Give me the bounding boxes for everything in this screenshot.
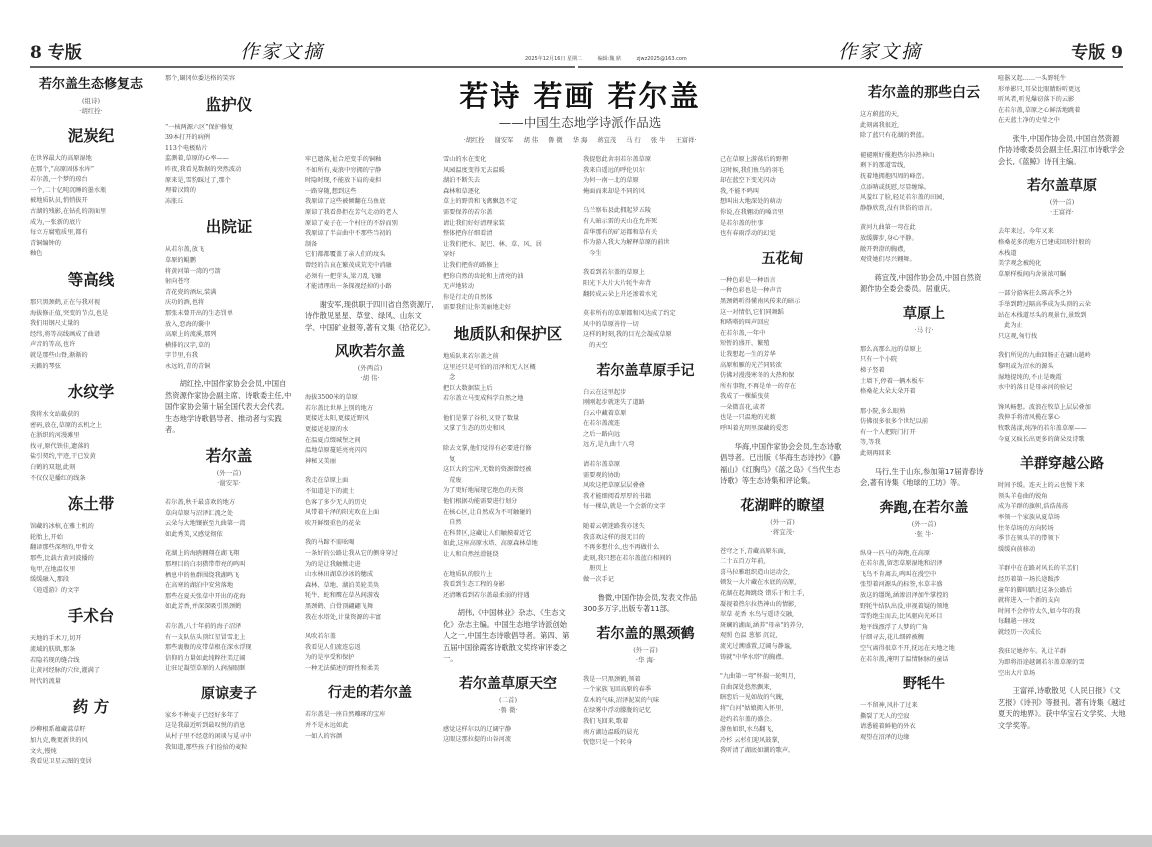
poem-author: ·华 海· bbox=[583, 655, 708, 665]
author-bio: 谢安军,现供职于四川省自然资源厅,诗作散见星星、草堂、绿风、山东文学、中国矿业报… bbox=[305, 299, 435, 334]
poem-body: 乌兰察布县此拥起罗五陵有人暗示雷的天山在允许死苗华那有的矿运都和草有关作为游人我… bbox=[583, 206, 708, 259]
column-6: 己在草原上游荡后的野狸这时候,我们鱼鸟的羽毛却在蓝空下变光闪动我,不能不鸣叫想叫… bbox=[720, 155, 845, 757]
poem-author: ·胡 伟· bbox=[305, 373, 435, 383]
poem-line: "九曲第一弯"怀揣一轮明月, bbox=[720, 672, 845, 683]
poem-line: 把巨大数据装上后 bbox=[443, 384, 573, 395]
poem-line: 永远的,青的青铜 bbox=[165, 362, 293, 373]
poem-line: 天地的手术刀,切开 bbox=[30, 634, 152, 645]
poem-title: 花湖畔的瞭望 bbox=[720, 497, 845, 515]
poem-line: 我驻足她停车。礼让羊群 bbox=[998, 647, 1126, 658]
poem-line: 监测着,草原的心率—— bbox=[165, 154, 293, 165]
poem-line: 在核心区,让自然成为不可触碰的 bbox=[443, 508, 573, 519]
poem-line: 家乡不种麦子已经好多年了 bbox=[165, 711, 293, 722]
poem-line: 翻译那些深埋的,甲骨文 bbox=[30, 543, 152, 554]
poem-line: 草原的鲲鹏 bbox=[165, 256, 293, 267]
poem-line: 撕裂了无人的空寂 bbox=[860, 712, 988, 723]
author-name: 张 牛 bbox=[651, 137, 666, 144]
poem-line: 放缓脚步,身心平静。 bbox=[860, 234, 988, 245]
author-name: 马 行 bbox=[626, 137, 641, 144]
poem-line: 一个,二十亿吨沉睡的墨水瓶 bbox=[30, 186, 152, 197]
poem-line: 不如所有,麦浪中穷拥的宁静 bbox=[305, 166, 435, 177]
poem-line: 经历着第一场长途跋涉 bbox=[998, 575, 1126, 586]
poem-line: 栖息中的鱼群围绕我湖鸣飞 bbox=[165, 571, 293, 582]
poem-line: 在天蓝土净的史莹之中 bbox=[998, 116, 1126, 127]
poem-line: 时间不会停待太久,如今年的我 bbox=[998, 607, 1126, 618]
poem-line: 我听清了湖底如潮的歌声。 bbox=[720, 746, 845, 757]
poem-line: 剩下的那道雪线, bbox=[860, 161, 988, 172]
poem-line: 就经历一次成长 bbox=[998, 628, 1126, 639]
poem-line: 每一棵草,就是一个会新的文字 bbox=[583, 502, 708, 513]
poem-line: 需要我们让你美丽地走好 bbox=[443, 303, 573, 314]
poem-line: 随着云朝迷路我亦迷失 bbox=[583, 522, 708, 533]
poem-line: 青铜编钟的 bbox=[30, 239, 152, 250]
poem-line: 此刻离我很近, bbox=[860, 121, 988, 132]
poem-line: 这方蔚蓝的天, bbox=[860, 110, 988, 121]
poem-line: 我看到生态工程的身影 bbox=[443, 580, 573, 591]
poem-line: 有一个人把院门打开 bbox=[860, 428, 988, 439]
poem-line: 一不留神,风扑了过来 bbox=[860, 701, 988, 712]
poem-line: 翠草 花香 水鸟与遥诗交融, bbox=[720, 610, 845, 621]
section-body: 那只黑颈鹤,正在与我对视海拔修正值,突变的节点,也是我们用钢尺丈量的经纬,将等高… bbox=[30, 298, 152, 372]
poem-line: 点添呐或抚慰,尽显缠绵。 bbox=[860, 183, 988, 194]
poem-line: 只有一个小院 bbox=[860, 355, 988, 366]
feature-authors: ·胡红拴 谢安军 胡 伟 鲁 微 华 海 蒋宜茂 马 行 张 牛 王富祥· bbox=[420, 135, 740, 144]
poem-body: 苍穹之下,青藏高原东面,二十五百万年前,喜马拉雅组织造山运动会,顿发一大片藏在水… bbox=[720, 547, 845, 664]
poem-line: 己在草原上游荡后的野狸 bbox=[720, 155, 845, 166]
poem-line: 我看见人们流连忘返 bbox=[305, 643, 435, 654]
poem-stanza: 馋风畅想。波浪在牧草上层层叠加我伸手将清风揽在掌心牧歌荡漾,纯净的若尔盖草原——… bbox=[998, 403, 1126, 445]
poem-line: 信仰的力量如此纯粹往美辽阔 bbox=[165, 654, 293, 665]
poem-line: 你说,在我翱动的嗓音里 bbox=[720, 208, 845, 219]
poem-line: 水中的落日是母亲河的验记 bbox=[998, 383, 1126, 394]
section-title: 监护仪 bbox=[165, 95, 293, 115]
poem-body: 若尔盖,八十年前的海子沼泽有一支队伍头顶红星冒雪北上那些裹腹的皮带草根在深水浮现… bbox=[165, 622, 293, 675]
poem-line: 青花瓷的酒坛,装满 bbox=[165, 288, 293, 299]
poem-line: 季节在领头羊的带领下 bbox=[998, 534, 1126, 545]
poem-line: 抚着地拥抱四周的峰峦。 bbox=[860, 172, 988, 183]
poem-body: 白云在这里起步刚刚起步就迷失了道路白云中藏着草原在若尔盖流连之后一路向远远方,是… bbox=[583, 388, 708, 452]
poem-line: 站在木栈道尽头的观景台,景致到 bbox=[998, 311, 1126, 322]
poem-body: "九曲第一弯"怀揣一轮明月,自曲深处悠然飘来,瞎恋后一见如故的气魄,将"白河"姑… bbox=[720, 672, 845, 757]
newspaper-logo-right: 作家文摘 bbox=[838, 37, 922, 64]
section-title: 等高线 bbox=[30, 270, 152, 290]
poem-line: 吹开鲜缀重色的花朵 bbox=[305, 519, 435, 530]
column-1: 若尔盖生态修复志 (组诗) ·胡红拴· 泥炭纪在世界最大的高原湿地在那个,“高原… bbox=[30, 72, 152, 768]
poem-line: 若尔盖立马变成科学自然之地 bbox=[443, 394, 573, 405]
poem-line: 在浙织的河漫滩里 bbox=[30, 431, 152, 442]
poem-line: 草木的气味,沼泽泥炭的气味 bbox=[583, 696, 708, 707]
poem-line: 文火,慢炖 bbox=[30, 747, 152, 758]
poem-line: 牦牛、蛇和鹰在草丛间游戏 bbox=[305, 591, 435, 602]
poem-line: 想叫出大地深处的萌动 bbox=[720, 197, 845, 208]
poem-line: 原谅了麦子在一个村庄的不辞而别 bbox=[305, 219, 435, 230]
poem-line: 森林和草逐化 bbox=[443, 187, 573, 198]
poem-line: 请若尔盖草原 bbox=[583, 460, 708, 471]
poem-line: 铸就"中华水塔"的胸襟。 bbox=[720, 653, 845, 664]
poem-line: 这里还只是可怕的沼泽和无人区概 bbox=[443, 363, 573, 374]
poem-body: 若尔盖是一座自然雕琢的宝库并不是永远如此一如人的容颜 bbox=[305, 710, 435, 742]
poem-line: 流光过溯盛置,辽阔与静谧, bbox=[720, 642, 845, 653]
poem-line: 如此秀美,又感觉彻依 bbox=[165, 530, 293, 541]
poem-line: 那么高那么远的草原上 bbox=[860, 345, 988, 356]
poem-line: 如此,这座高原水塔、高原森林草地 bbox=[443, 539, 573, 550]
poem-line: 在科普区,这藏让人们触摸着近它 bbox=[443, 529, 573, 540]
page-number-right: 专版 9 bbox=[1071, 38, 1123, 63]
poem-body: 我看到若尔盖的草原上阳光下大片大片牦牛奔背翻转成云朵上升还渗着水光 bbox=[583, 268, 708, 300]
poem-stanzas: 这方蔚蓝的天,此刻离我很近,除了蓝只有花湖的碧蓝。褪褪刚好揽抱热尔拉热神山剩下的… bbox=[860, 110, 988, 266]
poem-line: 经纬,将等高线画成了曲谱 bbox=[30, 330, 152, 341]
poem-line: 冻胀丘 bbox=[165, 197, 293, 208]
section-body: “一核两源六区”保护修复39本打开的病例113个电极贴片监测着,草原的心率——昨… bbox=[165, 123, 293, 208]
poem-line: 我,不能不鸣叫 bbox=[720, 187, 845, 198]
poem-body: 家乡不种麦子已经好多年了这是我最近听到最叹悦的消息从村子里不经意的闲谈与觅寻中我… bbox=[165, 711, 293, 753]
poem-body: 己在草原上游荡后的野狸这时候,我们鱼鸟的羽毛却在蓝空下变光闪动我,不能不鸣叫想叫… bbox=[720, 155, 845, 240]
poem-line: 需要观的协助 bbox=[583, 471, 708, 482]
poem-line: 黎明或为沼水的源头 bbox=[998, 362, 1126, 373]
poem-line: 此刻再回来 bbox=[860, 449, 988, 460]
poem-line: 苗华那有的矿运都和草有关 bbox=[583, 228, 708, 239]
poem-line: 风中的草原善待一切 bbox=[583, 320, 708, 331]
poem-title: 若尔盖草原天空 bbox=[443, 675, 573, 693]
poem-body: 雪山的水在变化风园温度变得无去温暖湖泊不断失去森林和草逐化草上的野兽和飞禽飘忽不… bbox=[443, 155, 573, 314]
poem-line: 纵身一匹马的奔跑,在高原 bbox=[860, 549, 988, 560]
poem-line: 乌兰察布县此拥起罗五陵 bbox=[583, 206, 708, 217]
poem-body: 地质队来若尔盖之前这里还只是可怕的沼泽和无人区概 念把巨大数据装上后若尔盖立马变… bbox=[443, 352, 573, 405]
poem-line: 沙柳根系蕴藏蒿草籽 bbox=[30, 725, 152, 736]
poem-line: 在高寒的湖泊中安营落地 bbox=[165, 581, 293, 592]
poem-line: 他们是掌了谷积,又登了数量 bbox=[443, 414, 573, 425]
poem-line: 听风者,听见爆窃落下的云影 bbox=[998, 95, 1126, 106]
poem-line: 土墙下,停着一辆木板车 bbox=[860, 377, 988, 388]
poem-line: 在那个,“高原固体水库” bbox=[30, 165, 152, 176]
poem-line: 更接近太阳,更接近野风 bbox=[305, 414, 435, 425]
poem-subtitle: (外一首) bbox=[165, 468, 293, 478]
poem-line: 又掌了生态的历史和风 bbox=[443, 424, 573, 435]
poem-line: 不仅仅是播红的线条 bbox=[30, 474, 152, 485]
poem-line: 仿佛很多很多个世纪以前 bbox=[860, 417, 988, 428]
poem-subtitle: (外一首) bbox=[998, 197, 1126, 207]
poem-subtitle: (外一首) bbox=[720, 517, 845, 527]
poem-line: 那些,比载古黄河波播的 bbox=[30, 554, 152, 565]
poem-line: 观赏她们尽兴翱舞。 bbox=[860, 255, 988, 266]
poem-line: 曾经的告哀在繁茂成荒芜中消融 bbox=[305, 261, 435, 272]
poem-line: 声音的等高,也许 bbox=[30, 340, 152, 351]
feature-title: 若诗 若画 若尔盖 bbox=[420, 74, 740, 115]
poem-line: 那些裹腹的皮带草根在深水浮现 bbox=[165, 643, 293, 654]
poem-title: 若尔盖 bbox=[165, 446, 293, 466]
poem-line: 时隐时现,不能放下肩的麦担 bbox=[305, 176, 435, 187]
poem-line: 必须有一把芽头,梁刀乱飞镰 bbox=[305, 272, 435, 283]
poem-line: 去年来过。今年又来 bbox=[998, 227, 1126, 238]
poem-line: 每立方腐殖质里,都有 bbox=[30, 228, 152, 239]
poem-body: 除去文掌,他们觉得有必要进行修 复这巨大的宝库,无数的资源曾经被 荒废为了更好地… bbox=[443, 444, 573, 561]
poem-body: 牢已遗落,祉合逆变手的铜釉不如所有,麦浪中穷拥的宁静时隐时现,不能放下肩的麦担一… bbox=[305, 155, 435, 293]
poem-line: 它们都都覆盖了亲人们的坟头 bbox=[305, 250, 435, 261]
poem-body: 海拔3500米的草原若尔盖比世界上别的地方更接近太阳,更接近野风更接近花原的水在… bbox=[305, 393, 435, 467]
poem-line: 花湖上的海鸥翱翔在湖飞翔 bbox=[165, 549, 293, 560]
poem-line: 呼叫着光明里深藏的爱恋 bbox=[720, 424, 845, 435]
poem-line: 顿发一大片藏在水底的高原, bbox=[720, 578, 845, 589]
poem-line: 一部分游客拄么陈高季之外 bbox=[998, 289, 1126, 300]
poem-line: 草上的野兽和飞禽飘忽不定 bbox=[443, 197, 573, 208]
poem-line: 云朵与大地镶嵌至九曲第一湾 bbox=[165, 519, 293, 530]
poem-line: 飞鸟不肯离去,鸣叫在漫空中 bbox=[860, 570, 988, 581]
poem-line: 野牦牛结队出没,审视着疑的领地 bbox=[860, 602, 988, 613]
page-bottom-bar bbox=[0, 835, 1152, 847]
poem-line: 却在蓝空下变光闪动 bbox=[720, 176, 845, 187]
poem-line: 只这观,匆行找 bbox=[998, 332, 1126, 343]
poem-stanza: 去年来过。今年又来格桑花多的地方已建成回形针般的木栈道美学观念被纯化草原样板间内… bbox=[998, 227, 1126, 280]
poem-line: 做一次手记 bbox=[583, 575, 708, 586]
poem-line: 梯子竖着 bbox=[860, 366, 988, 377]
poem-line: 在若尔盖,淹明了温情脉脉的童话 bbox=[860, 655, 988, 666]
poem-line: 一如人的容颜 bbox=[305, 732, 435, 743]
poem-line: 自然 bbox=[443, 518, 573, 529]
poem-line: 我伸手将清风揽在掌心 bbox=[998, 413, 1126, 424]
poem-author: ·马 行· bbox=[860, 325, 988, 335]
poem-line: 并不是永远如此 bbox=[305, 721, 435, 732]
poem-line: 观照 色温 葱郁 沉淀, bbox=[720, 631, 845, 642]
poem-line: 我才能细阅看厚厚的书籍 bbox=[583, 492, 708, 503]
poem-line: 童年的脚印踏过这条公路后 bbox=[998, 586, 1126, 597]
poem-line: 此刻,我只想在若尔盖蓝白相间的 bbox=[583, 554, 708, 565]
poem-line: 我原谅了这些被倾翻在乌鱼底 bbox=[305, 197, 435, 208]
poem-line: 需要保养的若尔盖 bbox=[443, 208, 573, 219]
poem-line: 往冬草场的方向转场 bbox=[998, 524, 1126, 535]
poem-line: 瞎恋后一见如故的气魄, bbox=[720, 693, 845, 704]
poem-line: 为了更好地展现它绝色的天资 bbox=[443, 486, 573, 497]
poem-line: 雪豹绝尘而去,比风驱向光环目 bbox=[860, 612, 988, 623]
poem-line: 把你自然的齿轮和上清亮的油 bbox=[443, 272, 573, 283]
column-4: 雪山的水在变化风园温度变得无去温暖湖泊不断失去森林和草逐化草上的野兽和飞禽飘忽不… bbox=[443, 155, 573, 746]
poem-line: 张望着河源头的标签,水草丰盛 bbox=[860, 580, 988, 591]
poem-stanzas: 时间予缓。连天上的云也慢下来领头羊卷曲的锐角成为羊群的旗帜,浩浩荡荡率领一个家族… bbox=[998, 481, 1126, 679]
poem-body: 喧嚣又起……一头野牦牛形单影只,耳朵比眼睛盼听更远听风者,听见爆窃落下的云影在若… bbox=[998, 74, 1126, 127]
poem-line: 制备 bbox=[305, 240, 435, 251]
poem-line: 时间予缓。连天上的云也慢下来 bbox=[998, 481, 1126, 492]
section-title: 泥炭纪 bbox=[30, 126, 152, 146]
poem-line: 这是我最近听到最叹悦的消息 bbox=[165, 721, 293, 732]
column-3: 牢已遗落,祉合逆变手的铜釉不如所有,麦浪中穷拥的宁静时隐时现,不能放下肩的麦担一… bbox=[305, 155, 435, 742]
poem-line: “一核两源六区”保护修复 bbox=[165, 123, 293, 134]
poem-line: 黑颈鹤、白骨顶翩翩飞舞 bbox=[305, 602, 435, 613]
section-title: 冻土带 bbox=[30, 494, 152, 514]
poem-line: 形单影只,耳朵比眼睛盼听更远 bbox=[998, 85, 1126, 96]
poem-line: 在若尔盖,草原之心鲜活地跳着 bbox=[998, 106, 1126, 117]
poem-line: 请让我们好好清理家装 bbox=[443, 219, 573, 230]
poem-line: 放入,恋海的囊中 bbox=[165, 320, 293, 331]
author-name: 谢安军 bbox=[495, 137, 514, 144]
poem-body: 若尔盖,秋千最喜欢的地方草向草原与沼泽汇流之处云朵与大地镶嵌至九曲第一湾如此秀美… bbox=[165, 498, 293, 540]
poem-line: 荒废 bbox=[443, 476, 573, 487]
poem-line: 一种无法描述的野性和柔美 bbox=[305, 664, 435, 675]
poem-line: 海拔修正值,突变的节点,也是 bbox=[30, 309, 152, 320]
poem-line: 也是一只温地的光薮 bbox=[720, 413, 845, 424]
poem-line: 我知道,那些孩子们捡拾的麦粒 bbox=[165, 743, 293, 754]
poem-body: 我是一只黑颈鹤,领着一个家族飞回高原的春季草木的气味,沼泽泥炭的气味在绿雾中浮动… bbox=[583, 675, 708, 749]
poem-line: 喧嚣又起……一头野牦牛 bbox=[998, 74, 1126, 85]
poem-line: 凝视着热尔拉热神山的情影, bbox=[720, 600, 845, 611]
poem-line: 让我们把水、泥巴、林、草、风、居 bbox=[443, 240, 573, 251]
poem-body: 纵身一匹马的奔跑,在高原在若尔盖,留恋草原湿地和沼泽飞鸟不肯离去,鸣叫在漫空中张… bbox=[860, 549, 988, 666]
poem-body: 莫非所有的草原都和风达成了约定风中的草原善待一切这样的时刻,我的目光会凝成草原 … bbox=[583, 309, 708, 351]
poem-title: 若尔盖的那些白云 bbox=[860, 84, 988, 102]
column-8: 喧嚣又起……一头野牦牛形单影只,耳朵比眼睛盼听更远听风者,听见爆窃落下的云影在若… bbox=[998, 74, 1126, 731]
poem-line: 羊群中在在路对风长的羊羔们 bbox=[998, 564, 1126, 575]
author-bio: 张牛,中国作协会员,中国自然资源作协诗歌委员会副主任,阳江市诗歌学会会长,《蓝鲸… bbox=[998, 133, 1126, 168]
poem-line: 那些在夏天张草中开出的花海 bbox=[165, 592, 293, 603]
poem-line: 横排的汉字,草的 bbox=[165, 341, 293, 352]
poem-line: 若尔盖,秋千最喜欢的地方 bbox=[165, 498, 293, 509]
poem-line: 为的是享受和保护 bbox=[305, 653, 435, 664]
poem-line: 龟甲,在地温仪里 bbox=[30, 565, 152, 576]
poem-line: 更接近花原的水 bbox=[305, 425, 435, 436]
poem-line: 一种色彩也是一种声音 bbox=[720, 286, 845, 297]
poem-line: 格桑花大朵大朵开着 bbox=[860, 387, 988, 398]
poem-line: 翻转成云朵上升还渗着水光 bbox=[583, 290, 708, 301]
poem-line: 我喜欢这样的漫无目的 bbox=[583, 533, 708, 544]
poem-stanza: 褪褪刚好揽抱热尔拉热神山剩下的那道雪线,抚着地拥抱四周的峰峦。点添呐或抚慰,尽显… bbox=[860, 151, 988, 215]
poem-line: 你是行走的自然体 bbox=[443, 293, 573, 304]
poem-stanzas: 去年来过。今年又来格桑花多的地方已建成回形针般的木栈道美学观念被纯化草原样板间内… bbox=[998, 227, 1126, 445]
poem-line: 让我想起一生的芳华 bbox=[720, 350, 845, 361]
poem-line: 若尔盖是一座自然雕琢的宝库 bbox=[305, 710, 435, 721]
poem-line: 格桑花多的地方已建成回形针般的 bbox=[998, 238, 1126, 249]
poem-line: 在温夏点缀城堡之间 bbox=[305, 436, 435, 447]
poem-line: 自曲深处悠然飘来, bbox=[720, 683, 845, 694]
poem-line: 在地质队的胶片上 bbox=[443, 570, 573, 581]
poem-stanzas: 那么高那么远的草原上只有一个小院梯子竖着土墙下,停着一辆木板车格桑花大朵大朵开着… bbox=[860, 345, 988, 460]
poem-stanza: 我们所见的九曲回肠正在翩山越岭黎明或为沼水的源头湿地提纯的,不止是晚霞水中的落日… bbox=[998, 351, 1126, 393]
poem-line: 复 bbox=[443, 455, 573, 466]
poem-line: 温地草原蔓延亮亮闪闪 bbox=[305, 446, 435, 457]
poem-line: 原谅了我看鼻拒在芳气走动的老人 bbox=[305, 208, 435, 219]
poem-line: 仔细寻去,花儿细碎被稠 bbox=[860, 633, 988, 644]
poem-line: 穿好 bbox=[443, 250, 573, 261]
poem-line: 莫非所有的草原都和风达成了约定 bbox=[583, 309, 708, 320]
author-bio: 马行,生于山东,参加第17届青春诗会,著有诗集《地球的工坊》等。 bbox=[860, 466, 988, 489]
poem-line: 仿佛对漫漫寒冬的大热和保 bbox=[720, 371, 845, 382]
poem-line: 赴约若尔盖的盛会。 bbox=[720, 715, 845, 726]
poem-line: 在若尔盖流连 bbox=[583, 419, 708, 430]
poem-line: 天籁的琴弦 bbox=[30, 362, 152, 373]
author-bio: 蒋宜茂,中国作协会员,中国自然资源作协全委会委员。居重庆。 bbox=[860, 272, 988, 295]
poem-line: 缓缓融入,那段 bbox=[30, 575, 152, 586]
poem-line: 地质队来若尔盖之前 bbox=[443, 352, 573, 363]
poem-line: 每翻越一座坟 bbox=[998, 617, 1126, 628]
poem-line: 我是一只黑颈鹤,领着 bbox=[583, 675, 708, 686]
poem-sections: 监护仪“一核两源六区”保护修复39本打开的病例113个电极贴片监测着,草原的心率… bbox=[165, 95, 293, 373]
poem-line: 缓缓向前移动 bbox=[998, 545, 1126, 556]
section-title: 药 方 bbox=[30, 697, 152, 717]
poem-line: 率领一个家族从夏草场 bbox=[998, 513, 1126, 524]
poem-subtitle: (组诗) bbox=[30, 96, 152, 106]
poem-stanza: 那么高那么远的草原上只有一个小院梯子竖着土墙下,停着一辆木板车格桑花大朵大朵开着 bbox=[860, 345, 988, 398]
poem-line: 就是那些山脊,渐渐的 bbox=[30, 351, 152, 362]
poem-line: 牧歌荡漾,纯净的若尔盖草原—— bbox=[998, 424, 1126, 435]
poem-line: 一朵微喜花,或者 bbox=[720, 403, 845, 414]
poem-line: 的天空 bbox=[583, 341, 708, 352]
poem-stanza: 我驻足她停车。礼让羊群为即将沿途越调若尔盖草原的雪空出大片草场 bbox=[998, 647, 1126, 679]
author-name: 华 海 bbox=[573, 137, 588, 144]
poem-title: 奔跑,在若尔盖 bbox=[860, 499, 988, 517]
column-5: 我提悠此舍羽若尔盖草原我来自遥远的呼伦贝尔为何一南一北的草原掩面而来却是不同的风… bbox=[583, 155, 708, 749]
poem-title: 原谅麦子 bbox=[165, 685, 293, 703]
poem-line: 有一支队伍头顶红星冒雪北上 bbox=[165, 633, 293, 644]
poem-line: 被地质队员,悄悄拔开 bbox=[30, 196, 152, 207]
author-name: 蒋宜茂 bbox=[597, 137, 616, 144]
poem-line: 所有事物,不再是单一的存在 bbox=[720, 382, 845, 393]
poem-line: 也有春雨浮动的幻觉 bbox=[720, 229, 845, 240]
poem-line: 念 bbox=[443, 373, 573, 384]
poem-line: 将"白河"姑娘拥入怀里, bbox=[720, 704, 845, 715]
poem-line: 馋风畅想。波浪在牧草上层层叠加 bbox=[998, 403, 1126, 414]
poem-sections: 泥炭纪在世界最大的高原湿地在那个,“高原固体水库”若尔盖,一个梦的琼台一个,二十… bbox=[30, 126, 152, 768]
poem-line: 我的马蹄不需吆喝 bbox=[305, 538, 435, 549]
poem-body: 他们是掌了谷积,又登了数量又掌了生态的历史和风 bbox=[443, 414, 573, 435]
poem-title: 草原上 bbox=[860, 305, 988, 323]
poem-line: 苍穹之下,青藏高原东面, bbox=[720, 547, 845, 558]
poem-line: 如此芳香,并深深吸引黑颈鹤 bbox=[165, 602, 293, 613]
poem-line: 在世界最大的高原湿地 bbox=[30, 154, 152, 165]
poem-line: 斑斓的湖面,涵养"母亲"的养分, bbox=[720, 621, 845, 632]
author-bio: 王富祥,诗歌散见《人民日报》《文艺报》《诗刊》等报刊。著有诗集《越过夏天的地界》… bbox=[998, 685, 1126, 731]
poem-subtitle: (外一首) bbox=[860, 519, 988, 529]
poem-line: 为何一南一北的草原 bbox=[583, 176, 708, 187]
poem-line: 这一对情侣,它们同舞蹈 bbox=[720, 308, 845, 319]
poem-line: 那只黑颈鹤,正在与我对视 bbox=[30, 298, 152, 309]
poem-line: 阳光下大片大片牦牛奔背 bbox=[583, 279, 708, 290]
newspaper-spread: 8 专版 作家文摘 2025年12月16日 星期二 编辑:魏 鼎 zjwz202… bbox=[0, 0, 1152, 835]
poem-line: 这时候,我们鱼鸟的羽毛 bbox=[720, 166, 845, 177]
poem-line: 若尔盖比世界上别的地方 bbox=[305, 404, 435, 415]
poem-line: 将黄河第一湾的弓箭 bbox=[165, 267, 293, 278]
poem-line: 这样的时刻,我的目光会凝成草原 bbox=[583, 330, 708, 341]
poem-line: 空气离得很草不开,抚远在天地之地 bbox=[860, 644, 988, 655]
poem-line: 白云中藏着草原 bbox=[583, 409, 708, 420]
column-2: 那个,碾冈位委达格的笑容 监护仪“一核两源六区”保护修复39本打开的病例113个… bbox=[165, 74, 293, 753]
poem-line: 加九克,晚更新世的风 bbox=[30, 736, 152, 747]
poem-subtitle: (外一首) bbox=[583, 645, 708, 655]
poem-line: 昨夜,我看见数据的突然波动 bbox=[165, 165, 293, 176]
poem-line: 射向苍穹 bbox=[165, 277, 293, 288]
poem-line: 二十五百万年前, bbox=[720, 557, 845, 568]
poem-line: 庆功的酒,也将 bbox=[165, 298, 293, 309]
poem-line: 那埋目的白羽猎带带亮的鸣叫 bbox=[165, 560, 293, 571]
section-body: 在世界最大的高原湿地在那个,“高原固体水库”若尔盖,一个梦的琼台一个,二十亿吨沉… bbox=[30, 154, 152, 260]
author-name: 胡 伟 bbox=[523, 137, 538, 144]
poem-line: 作为游人我大为解释草原的前世 bbox=[583, 238, 708, 249]
poem-line: 113个电极贴片 bbox=[165, 144, 293, 155]
poem-line: 手举到跨过隔高季成为头顶的云朵 bbox=[998, 300, 1126, 311]
section-title: 水纹学 bbox=[30, 382, 152, 402]
poem-line: 我原谅了半亩曲中不那些当初的 bbox=[305, 229, 435, 240]
poem-line: 那张未曾开出的生态罚单 bbox=[165, 309, 293, 320]
poem-line: 流域的肤肌,那条 bbox=[30, 645, 152, 656]
poem-author: ·蒋宜茂· bbox=[720, 527, 845, 537]
poem-author: ·鲁 微· bbox=[443, 705, 573, 715]
poem-line: 牢已遗落,祉合逆变手的铜釉 bbox=[305, 155, 435, 166]
poem-line: 我看到若尔盖的草原上 bbox=[583, 268, 708, 279]
poem-line: 感觉这样尔以的辽阔宁静 bbox=[443, 725, 573, 736]
poem-line: 我来自遥远的呼伦贝尔 bbox=[583, 166, 708, 177]
poem-subtitle: (二首) bbox=[443, 695, 573, 705]
poem-author: ·张 牛· bbox=[860, 529, 988, 539]
poem-line: 风羞红了脸,轻足若尔盖的田园, bbox=[860, 193, 988, 204]
poem-line: 草向草原与沼泽汇流之处 bbox=[165, 509, 293, 520]
poem-line: 请悉能着鲜艳的外衣 bbox=[860, 722, 988, 733]
poem-line: 这巨大的宝库,无数的资源曾经被 bbox=[443, 465, 573, 476]
